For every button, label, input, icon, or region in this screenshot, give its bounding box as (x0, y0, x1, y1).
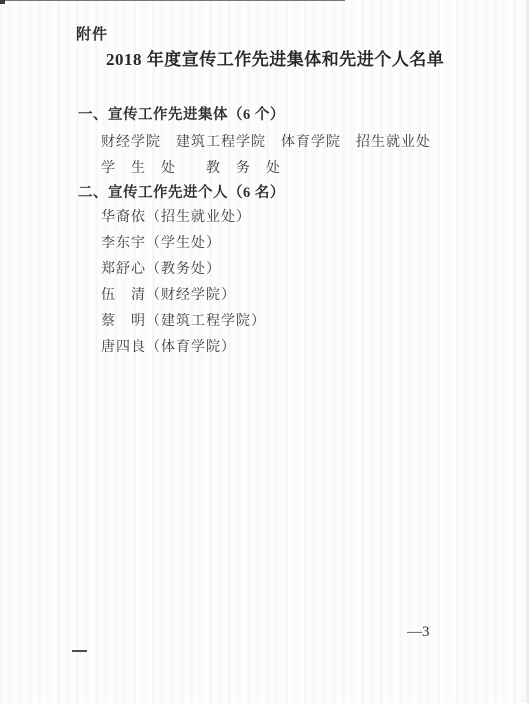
individual-item: 华裔依（招生就业处） (101, 206, 251, 226)
individual-item: 李东宇（学生处） (101, 232, 221, 252)
section-individuals-heading: 二、宣传工作先进个人（6 名） (78, 181, 285, 202)
document-title: 2018 年度宣传工作先进集体和先进个人名单 (106, 45, 444, 70)
individual-item: 唐四良（体育学院） (101, 336, 236, 356)
scan-top-edge-artifact (0, 0, 345, 1)
footer-dash-mark (72, 650, 87, 652)
collectives-line: 财经学院 建筑工程学院 体育学院 招生就业处 (101, 131, 431, 151)
collectives-line: 学 生 处 教 务 处 (101, 157, 281, 177)
attachment-label: 附件 (76, 23, 108, 44)
page-number: —3 (407, 624, 430, 641)
scan-corner-mark (0, 0, 5, 4)
document-page: 附件 2018 年度宣传工作先进集体和先进个人名单 一、宣传工作先进集体（6 个… (0, 0, 529, 703)
section-collectives-heading: 一、宣传工作先进集体（6 个） (78, 103, 285, 124)
individual-item: 蔡 明（建筑工程学院） (101, 310, 266, 330)
individual-item: 郑舒心（教务处） (101, 258, 221, 278)
individual-item: 伍 清（财经学院） (101, 284, 236, 304)
